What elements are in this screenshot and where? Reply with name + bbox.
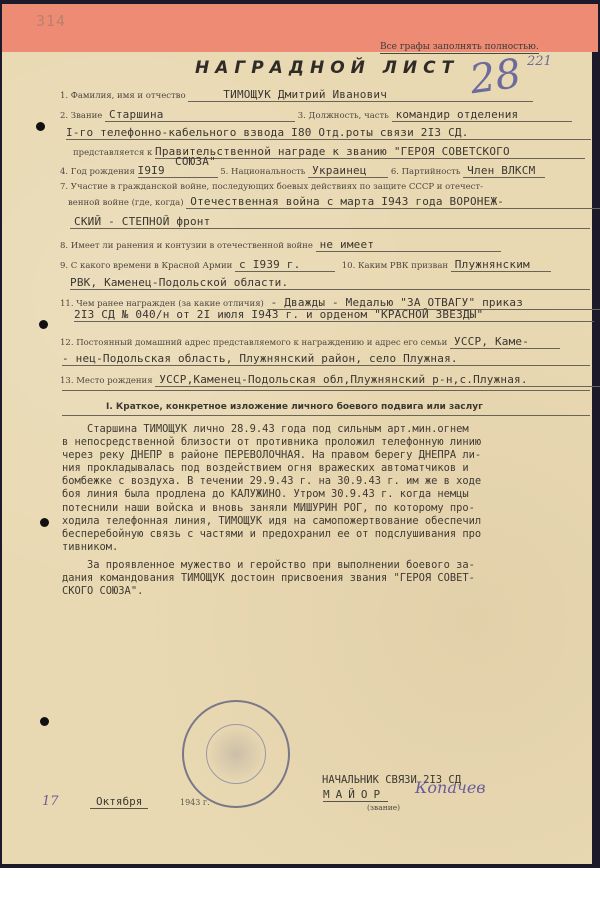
signer-rank: МАЙОР bbox=[323, 788, 388, 802]
narrative-line: потеснили наши войска и вновь заняли МИШ… bbox=[62, 502, 597, 515]
home-address-value: УССР, Каме- bbox=[450, 335, 560, 349]
party-value: Член ВЛКСМ bbox=[463, 164, 545, 178]
divider bbox=[62, 415, 590, 416]
rvk-value: Плужнянским bbox=[451, 258, 551, 272]
narrative-line: тивником. bbox=[62, 541, 597, 554]
field-full-name: 1. Фамилия, имя и отчество ТИМОЩУК Дмитр… bbox=[60, 88, 533, 102]
field-rvk-cont: РВК, Каменец-Подольской области. bbox=[70, 276, 590, 290]
war-participation-value: Отечественная война с марта I943 года ВО… bbox=[186, 195, 600, 209]
punch-hole bbox=[36, 122, 45, 131]
punch-hole bbox=[40, 518, 49, 527]
document-title: НАГРАДНОЙ ЛИСТ bbox=[195, 58, 459, 78]
narrative-line: СКОГО СОЮЗА". bbox=[62, 585, 597, 598]
punch-hole bbox=[39, 320, 48, 329]
date-year: 1943 г. bbox=[180, 798, 210, 807]
date-month: Октября bbox=[90, 795, 148, 809]
narrative-line: через реку ДНЕПР в районе ПЕРЕВОЛОЧНАЯ. … bbox=[62, 449, 597, 462]
field-war-participation-label: 7. Участие в гражданской войне, последую… bbox=[60, 182, 483, 192]
official-stamp bbox=[182, 700, 290, 808]
field-position-cont: I-го телефонно-кабельного взвода I80 Отд… bbox=[66, 126, 591, 140]
narrative-text: Старшина ТИМОЩУК лично 28.9.43 года под … bbox=[62, 423, 597, 598]
nationality-value: Украинец bbox=[308, 164, 388, 178]
handwritten-superscript: 221 bbox=[527, 54, 552, 69]
narrative-line: в непосредственной близости от противник… bbox=[62, 436, 597, 449]
rank-value: Старшина bbox=[105, 108, 295, 122]
position-value: командир отделения bbox=[392, 108, 572, 122]
emblem-icon bbox=[206, 724, 266, 784]
field-rank: 2. Звание Старшина 3. Должность, часть к… bbox=[60, 108, 572, 122]
field-home-address: 12. Постоянный домашний адрес представля… bbox=[60, 335, 560, 349]
field-war-participation-cont: СКИЙ - СТЕПНОЙ фронт bbox=[70, 215, 590, 229]
section-header: I. Краткое, конкретное изложение личного… bbox=[106, 402, 483, 412]
rank-caption: (звание) bbox=[367, 803, 400, 812]
narrative-line: бесперебойную связь с частями и предохра… bbox=[62, 528, 597, 541]
field-previous-awards-cont: 2I3 СД № 040/н от 2I июля I943 г. и орде… bbox=[74, 308, 594, 322]
full-name-value: ТИМОЩУК Дмитрий Иванович bbox=[188, 88, 533, 102]
wounds-value: не имеет bbox=[316, 238, 501, 252]
narrative-line: ния прокладывалась под воздействием огня… bbox=[62, 462, 597, 475]
birth-year-value: I9I9 bbox=[138, 164, 218, 178]
narrative-line: дания командования ТИМОЩУК достоин присв… bbox=[62, 572, 597, 585]
field-army-since: 9. С какого времени в Красной Армии с I9… bbox=[60, 258, 551, 272]
field-birth-nationality-party: 4. Год рождения I9I9 5. Национальность У… bbox=[60, 164, 545, 178]
field-wounds: 8. Имеет ли ранения и контузии в отечест… bbox=[60, 238, 501, 252]
divider bbox=[62, 390, 590, 391]
field-presented-for: представляется к Правительственной награ… bbox=[73, 145, 585, 159]
presented-for-value: Правительственной награде к званию "ГЕРО… bbox=[155, 145, 585, 159]
narrative-line: ходила телефонная линия, ТИМОЩУК идя на … bbox=[62, 515, 597, 528]
punch-hole bbox=[40, 717, 49, 726]
birthplace-value: УССР,Каменец-Подольская обл,Плужнянский … bbox=[155, 373, 600, 387]
field-birthplace: 13. Место рождения УССР,Каменец-Подольск… bbox=[60, 373, 600, 387]
narrative-line: бомбежке с воздуха. В течении 29.9.43 г.… bbox=[62, 475, 597, 488]
field-war-participation: венной войне (где, когда) Отечественная … bbox=[68, 195, 600, 209]
archive-number: 314 bbox=[36, 12, 66, 30]
narrative-line: Старшина ТИМОЩУК лично 28.9.43 года под … bbox=[62, 423, 597, 436]
date-day: 17 bbox=[42, 794, 59, 809]
army-since-value: с I939 г. bbox=[235, 258, 335, 272]
narrative-line: За проявленное мужество и геройство при … bbox=[62, 559, 597, 572]
handwritten-signature: Копачев bbox=[415, 778, 486, 797]
field-home-address-cont: - нец-Подольская область, Плужнянский ра… bbox=[62, 352, 590, 366]
narrative-line: боя линия была продлена до КАЛУЖИНО. Утр… bbox=[62, 488, 597, 501]
